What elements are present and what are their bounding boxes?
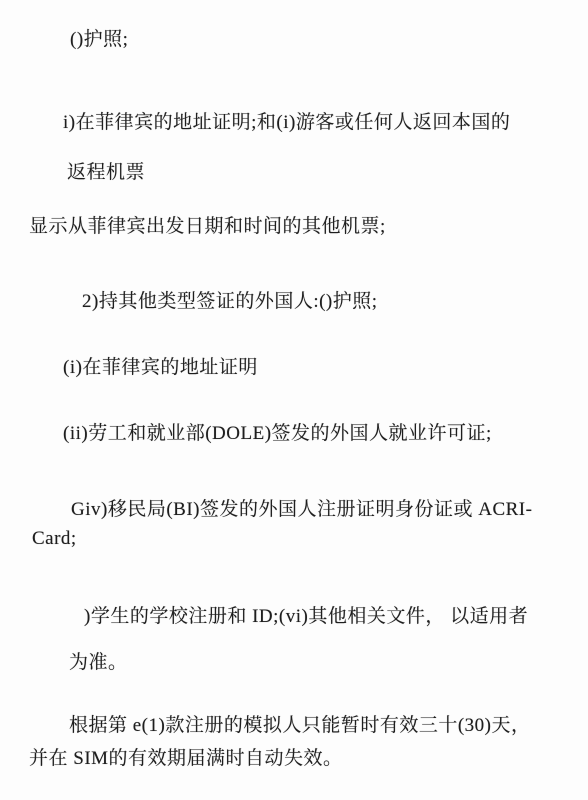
doc-line: 返程机票	[67, 160, 145, 186]
doc-line: (i)在菲律宾的地址证明	[63, 355, 258, 381]
doc-line: ()护照;	[70, 27, 128, 53]
doc-line: 为准。	[69, 650, 128, 676]
doc-line: (ii)劳工和就业部(DOLE)签发的外国人就业许可证;	[63, 421, 492, 447]
doc-line: Giv)移民局(BI)签发的外国人注册证明身份证或 ACRI-	[71, 497, 532, 523]
doc-line: 并在 SIM的有效期届满时自动失效。	[29, 746, 343, 772]
doc-line: i)在菲律宾的地址证明;和(i)游客或任何人返回本国的	[63, 110, 510, 136]
doc-line: Card;	[32, 526, 77, 552]
doc-line: 显示从菲律宾出发日期和时间的其他机票;	[29, 214, 386, 240]
doc-line: )学生的学校注册和 ID;(vi)其他相关文件， 以适用者	[84, 604, 528, 630]
doc-line: 2)持其他类型签证的外国人:()护照;	[82, 289, 378, 315]
doc-line: 根据第 e(1)款注册的模拟人只能暂时有效三十(30)天，	[69, 713, 531, 739]
document-page: ()护照; i)在菲律宾的地址证明;和(i)游客或任何人返回本国的 返程机票 显…	[0, 0, 588, 800]
